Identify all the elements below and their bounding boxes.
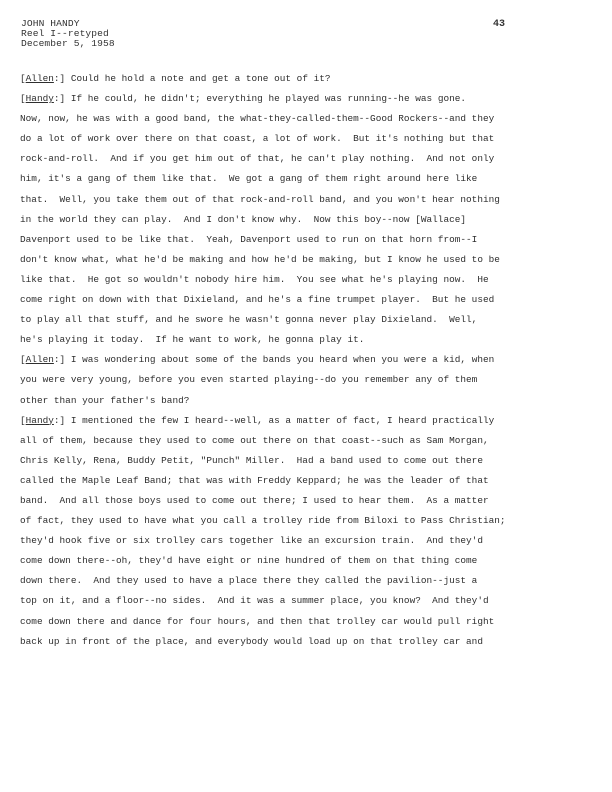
transcript-line: don't know what, what he'd be making and… [20, 254, 520, 274]
transcript-page: JOHN HANDY Reel I--retyped December 5, 1… [0, 0, 612, 792]
line-text: Davenport used to be like that. Yeah, Da… [20, 234, 477, 245]
line-text: Now, now, he was with a good band, the w… [20, 113, 494, 124]
transcript-line: you were very young, before you even sta… [20, 374, 520, 394]
transcript-line: to play all that stuff, and he swore he … [20, 314, 520, 334]
line-text: I mentioned the few I heard--well, as a … [65, 415, 494, 426]
transcript-line: him, it's a gang of them like that. We g… [20, 173, 520, 193]
line-text: top on it, and a floor--no sides. And it… [20, 595, 489, 606]
transcript-line: rock-and-roll. And if you get him out of… [20, 153, 520, 173]
transcript-line: Chris Kelly, Rena, Buddy Petit, "Punch" … [20, 455, 520, 475]
transcript-line: back up in front of the place, and every… [20, 636, 520, 656]
line-text: down there. And they used to have a plac… [20, 575, 477, 586]
transcript-line: come right on down with that Dixieland, … [20, 294, 520, 314]
transcript-line: like that. He got so wouldn't nobody hir… [20, 274, 520, 294]
line-text: I was wondering about some of the bands … [65, 354, 494, 365]
transcript-line: they'd hook five or six trolley cars tog… [20, 535, 520, 555]
line-text: like that. He got so wouldn't nobody hir… [20, 274, 489, 285]
transcript-line: do a lot of work over there on that coas… [20, 133, 520, 153]
document-header: JOHN HANDY Reel I--retyped December 5, 1… [21, 19, 115, 50]
line-text: they'd hook five or six trolley cars tog… [20, 535, 483, 546]
speaker-label: Allen [26, 354, 54, 365]
line-text: he's playing it today. If he want to wor… [20, 334, 364, 345]
line-text: him, it's a gang of them like that. We g… [20, 173, 477, 184]
transcript-line: of fact, they used to have what you call… [20, 515, 520, 535]
speaker-line: [Handy:] I mentioned the few I heard--we… [20, 415, 520, 435]
line-text: you were very young, before you even sta… [20, 374, 477, 385]
line-text: If he could, he didn't; everything he pl… [65, 93, 466, 104]
speaker-line: [Allen:] Could he hold a note and get a … [20, 73, 520, 93]
speaker-label: Handy [26, 415, 54, 426]
line-text: rock-and-roll. And if you get him out of… [20, 153, 494, 164]
line-text: band. And all those boys used to come ou… [20, 495, 489, 506]
bracket-close: :] [54, 93, 65, 104]
speaker-label: Allen [26, 73, 54, 84]
bracket-close: :] [54, 73, 65, 84]
line-text: other than your father's band? [20, 395, 189, 406]
line-text: that. Well, you take them out of that ro… [20, 194, 500, 205]
line-text: to play all that stuff, and he swore he … [20, 314, 477, 325]
line-text: don't know what, what he'd be making and… [20, 254, 500, 265]
transcript-line: band. And all those boys used to come ou… [20, 495, 520, 515]
line-text: in the world they can play. And I don't … [20, 214, 466, 225]
transcript-line: come down there and dance for four hours… [20, 616, 520, 636]
transcript-body: [Allen:] Could he hold a note and get a … [20, 73, 520, 656]
transcript-line: that. Well, you take them out of that ro… [20, 194, 520, 214]
line-text: come down there and dance for four hours… [20, 616, 494, 627]
bracket-close: :] [54, 415, 65, 426]
speaker-line: [Handy:] If he could, he didn't; everyth… [20, 93, 520, 113]
line-text: of fact, they used to have what you call… [20, 515, 506, 526]
line-text: all of them, because they used to come o… [20, 435, 489, 446]
bracket-close: :] [54, 354, 65, 365]
interview-date: December 5, 1958 [21, 39, 115, 49]
line-text: Could he hold a note and get a tone out … [65, 73, 330, 84]
speaker-line: [Allen:] I was wondering about some of t… [20, 354, 520, 374]
line-text: do a lot of work over there on that coas… [20, 133, 494, 144]
transcript-line: come down there--oh, they'd have eight o… [20, 555, 520, 575]
line-text: called the Maple Leaf Band; that was wit… [20, 475, 489, 486]
transcript-line: top on it, and a floor--no sides. And it… [20, 595, 520, 615]
line-text: come down there--oh, they'd have eight o… [20, 555, 477, 566]
transcript-line: all of them, because they used to come o… [20, 435, 520, 455]
transcript-line: he's playing it today. If he want to wor… [20, 334, 520, 354]
page-number: 43 [493, 19, 505, 30]
transcript-line: called the Maple Leaf Band; that was wit… [20, 475, 520, 495]
line-text: Chris Kelly, Rena, Buddy Petit, "Punch" … [20, 455, 483, 466]
line-text: come right on down with that Dixieland, … [20, 294, 494, 305]
transcript-line: in the world they can play. And I don't … [20, 214, 520, 234]
transcript-line: Now, now, he was with a good band, the w… [20, 113, 520, 133]
transcript-line: Davenport used to be like that. Yeah, Da… [20, 234, 520, 254]
speaker-label: Handy [26, 93, 54, 104]
transcript-line: other than your father's band? [20, 395, 520, 415]
transcript-line: down there. And they used to have a plac… [20, 575, 520, 595]
line-text: back up in front of the place, and every… [20, 636, 483, 647]
